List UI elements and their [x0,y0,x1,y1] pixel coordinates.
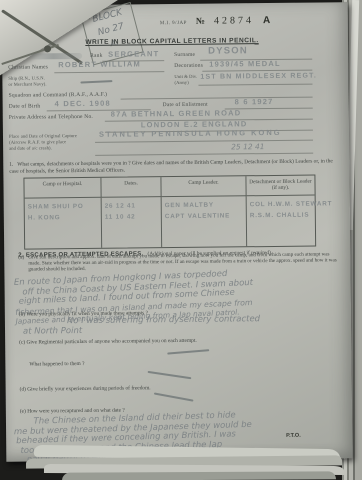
block-leader-line2: R.S.M. CHALLIS [250,209,312,221]
decorations-value: 1939/45 MEDAL [209,59,281,69]
bottom-page-edge-4 [62,471,336,480]
table-header-dates: Dates. [101,177,161,197]
question-1-text: What camps, detachments or hospitals wer… [9,158,332,174]
answer-2b-line1: No I was suffering from dysentery contra… [67,314,260,326]
camps-table: Camp or Hospital. Dates. Camp Leader. De… [23,175,316,250]
cord-knot [44,45,51,52]
dates-line1: 26 12 41 [105,200,158,212]
squadron-rule [121,96,313,100]
camp-line2: H. KONG [28,212,98,224]
capture-label-line2: (Aircrew R.A.F. to give place [9,139,66,145]
table-header-leader: Camp Leader. [161,176,246,197]
table-cell-camp: SHAM SHUI PO H. KONG [25,198,103,249]
enlistment-value: 8 6 1927 [235,97,274,106]
question-1: 1. What camps, detachments or hospitals … [9,158,341,175]
unit-label-line1: Unit & Div. [174,74,197,80]
enlistment-label: Date of Enlistment [163,102,208,108]
ship-value-dash [80,80,112,83]
decorations-label: Decorations [174,63,203,69]
table-cell-dates: 26 12 41 11 10 42 [102,197,163,248]
dates-line2: 11 10 42 [105,211,158,223]
unit-value: 1ST BN MIDDLESEX REGT. [200,73,317,81]
date-of-birth-label: Date of Birth [9,103,41,109]
no-sign: № [196,16,205,26]
capture-rule2 [95,152,313,156]
rank-label: Rank [90,53,102,59]
capture-rule1 [95,139,313,143]
question-2c: (c) Give Regimental particulars of anyon… [19,336,339,346]
table-header-block-leader: Detachment or Block Leader (if any). [246,176,314,197]
pto-note: P.T.O. [286,433,301,439]
unit-rule [198,83,312,86]
leader-line1: GEN MALTBY [165,199,243,211]
registration-number: 42874 [214,15,254,26]
pow-questionnaire-form: CONFIDENTIAL BLOCK No 27 A. M.I. 9/JAP №… [2,2,353,462]
capture-place-value: STANLEY PENINSULA HONG KONG [99,128,282,139]
answer-2b-line2: at North Point [23,326,82,337]
form-instruction: WRITE IN BLOCK CAPITAL LETTERS IN PENCIL… [52,37,292,47]
date-of-birth-value: 4 DEC. 1908 [55,99,111,109]
block-leader-line1: COL H.W.M. STEWART [250,198,312,210]
squadron-label: Squadron and Command (R.A.F., A.A.F.) [9,92,108,99]
table-header-camp: Camp or Hospital. [24,178,101,199]
christian-names-label: Christian Names [8,64,48,70]
decorations-rule [202,69,312,72]
form-reference: M.I. 9/JAP [160,21,187,26]
rank-value: SERGEANT [108,49,159,59]
camp-line1: SHAM SHUI PO [28,201,98,213]
unit-label-line2: (Army) [174,80,188,86]
question-2a-label: (a) [18,255,24,274]
address-label: Private Address and Telephone No. [9,114,93,121]
christian-names-rule [54,70,164,73]
capture-label-line3: and date of a/c crash). [9,145,52,151]
grade-letter: A [263,15,270,26]
capture-date-value: 25 12 41 [231,142,264,151]
question-2d: (d) Give briefly your experiences during… [20,385,151,393]
question-what-happened: What happened to them ? [29,361,84,368]
address-value-line1: 87A BETHNAL GREEN ROAD [111,108,242,118]
answer-2d-blank-dash [154,392,194,401]
service-number-smudge [24,53,82,60]
answer-2c-blank-dash [167,349,209,354]
what-happened-blank-dash [148,371,192,379]
leader-line2: CAPT VALENTINE [165,210,243,222]
table-cell-block-leader: COL H.W.M. STEWART R.S.M. CHALLIS [247,195,316,246]
question-1-number: 1. [9,162,13,168]
registration-number-row: M.I. 9/JAP № 42874 A [160,15,270,27]
surname-label: Surname [174,52,195,58]
ship-label-line2: or Merchant Navy). [8,81,46,87]
table-cell-leader: GEN MALTBY CAPT VALENTINE [162,196,248,247]
surname-value: DYSON [208,45,248,56]
christian-names-value: ROBERT WILLIAM [58,59,141,69]
